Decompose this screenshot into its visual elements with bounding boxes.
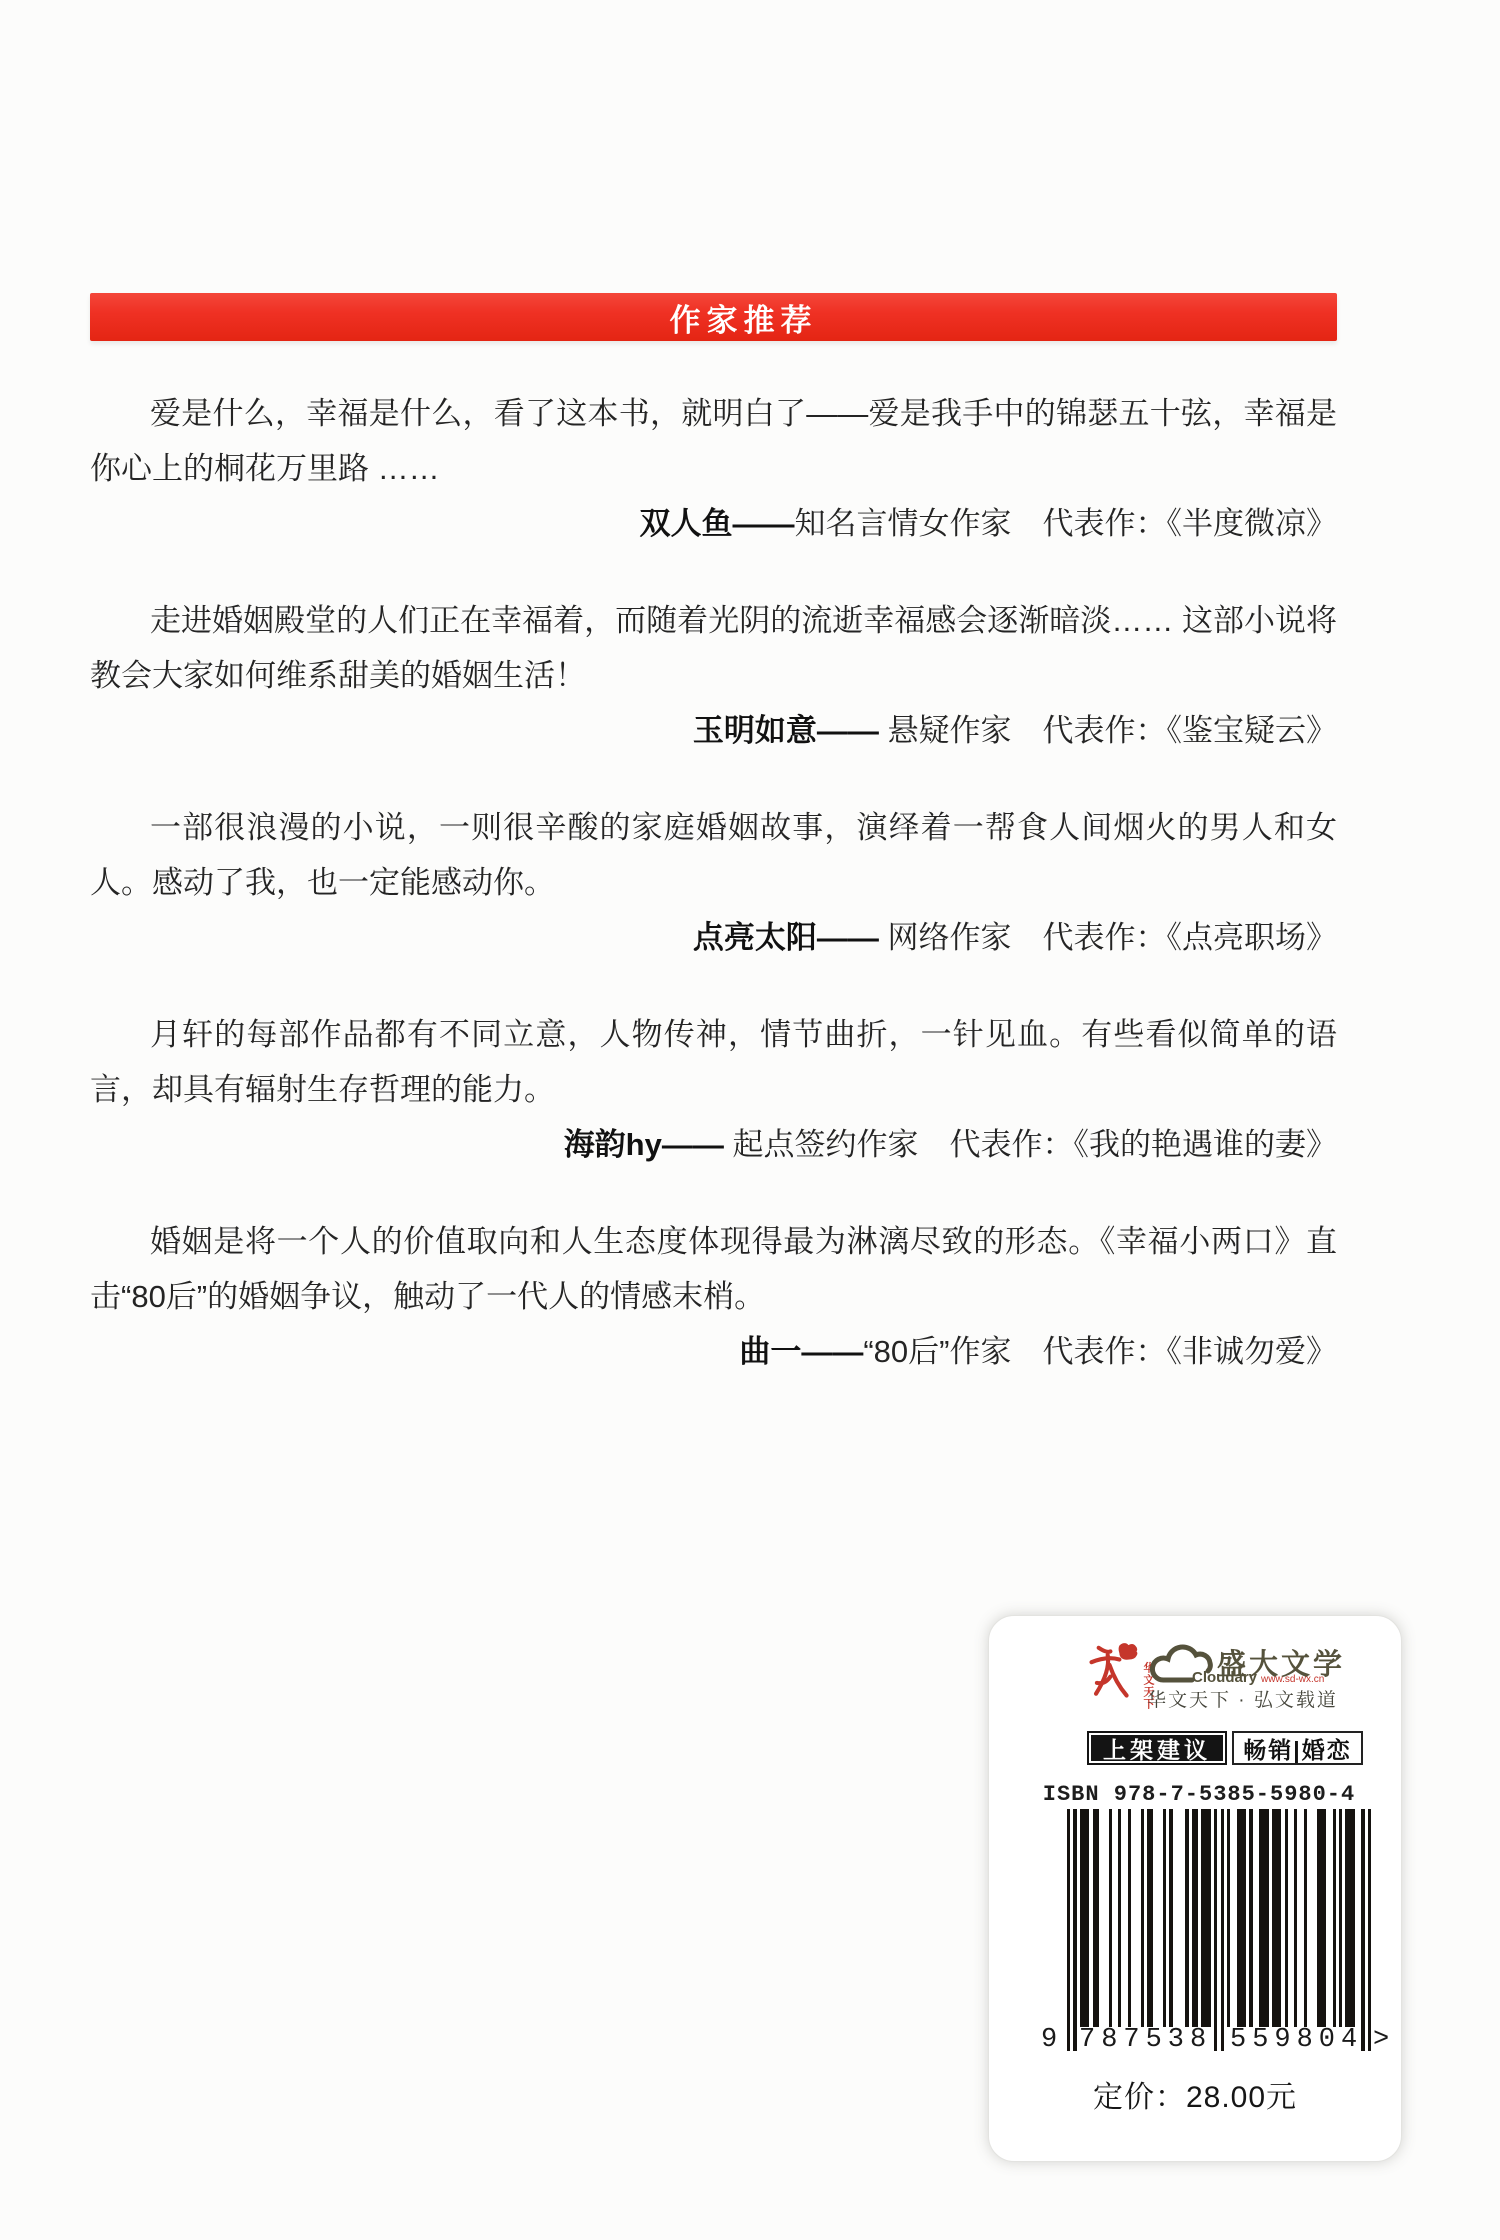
author-name: 曲一—— — [739, 1334, 863, 1369]
author-credit: 起点签约作家 代表作：《我的艳遇谁的妻》 — [724, 1127, 1337, 1162]
huawen-tianxia-logo-icon — [1087, 1640, 1141, 1706]
shelf-advice-box: 上架建议 — [1087, 1731, 1227, 1765]
author-credit: 知名言情女作家 代表作：《半度微凉》 — [795, 506, 1338, 541]
barcode-tail-mark: > — [1373, 2025, 1389, 2055]
barcode-left-digits: 787538 — [1079, 2025, 1212, 2055]
author-credit: “80后”作家 代表作：《非诚勿爱》 — [863, 1334, 1337, 1369]
publisher-tagline: 华文天下 · 弘文载道 — [1147, 1685, 1338, 1712]
quote-line: 走进婚姻殿堂的人们正在幸福着，而随着光阴的流逝幸福感会逐渐暗淡…… 这部小说将 — [90, 593, 1337, 648]
quote-line: 你心上的桐花万里路 …… — [90, 441, 1337, 496]
recommendation-quote: 一部很浪漫的小说，一则很辛酸的家庭婚姻故事，演绎着一帮食人间烟火的男人和女 人。… — [90, 800, 1337, 965]
ean13-barcode: 9 787538 559804 > — [1067, 1809, 1371, 2059]
section-banner: 作家推荐 — [90, 293, 1337, 341]
cloudary-wordmark: Cloudary — [1192, 1669, 1257, 1686]
author-name: 玉明如意—— — [693, 713, 879, 748]
quote-line: 击“80后”的婚姻争议，触动了一代人的情感末梢。 — [90, 1269, 1337, 1324]
banner-title: 作家推荐 — [670, 295, 818, 340]
quote-line: 婚姻是将一个人的价值取向和人生态度体现得最为淋漓尽致的形态。《幸福小两口》直 — [90, 1214, 1337, 1269]
author-name: 点亮太阳—— — [693, 920, 879, 955]
recommendation-quote: 走进婚姻殿堂的人们正在幸福着，而随着光阴的流逝幸福感会逐渐暗淡…… 这部小说将 … — [90, 593, 1337, 758]
recommendation-quote: 爱是什么，幸福是什么，看了这本书，就明白了——爱是我手中的锦瑟五十弦，幸福是 你… — [90, 386, 1337, 551]
price-text: 定价：28.00元 — [989, 2072, 1401, 2116]
cloudary-url: www.sd-wx.cn — [1261, 1674, 1324, 1685]
recommendation-attribution: 海韵hy—— 起点签约作家 代表作：《我的艳遇谁的妻》 — [90, 1117, 1337, 1172]
quote-line: 一部很浪漫的小说，一则很辛酸的家庭婚姻故事，演绎着一帮食人间烟火的男人和女 — [90, 800, 1337, 855]
quote-line: 爱是什么，幸福是什么，看了这本书，就明白了——爱是我手中的锦瑟五十弦，幸福是 — [90, 386, 1337, 441]
author-credit: 网络作家 代表作：《点亮职场》 — [879, 920, 1337, 955]
back-cover-content: 作家推荐 爱是什么，幸福是什么，看了这本书，就明白了——爱是我手中的锦瑟五十弦，… — [90, 293, 1337, 1421]
colophon-card: 华文天下 盛大文学 Cloudary www.sd-wx.cn 华文天下 · 弘… — [988, 1615, 1402, 2162]
quote-line: 月轩的每部作品都有不同立意，人物传神，情节曲折，一针见血。有些看似简单的语 — [90, 1007, 1337, 1062]
recommendation-list: 爱是什么，幸福是什么，看了这本书，就明白了——爱是我手中的锦瑟五十弦，幸福是 你… — [90, 386, 1337, 1379]
quote-line: 人。感动了我，也一定能感动你。 — [90, 855, 1337, 910]
author-credit: 悬疑作家 代表作：《鉴宝疑云》 — [879, 713, 1337, 748]
recommendation-attribution: 玉明如意—— 悬疑作家 代表作：《鉴宝疑云》 — [90, 703, 1337, 758]
author-name: 双人鱼—— — [640, 506, 795, 541]
recommendation-attribution: 点亮太阳—— 网络作家 代表作：《点亮职场》 — [90, 910, 1337, 965]
isbn-text: ISBN 978-7-5385-5980-4 — [1029, 1782, 1369, 1807]
recommendation-quote: 婚姻是将一个人的价值取向和人生态度体现得最为淋漓尽致的形态。《幸福小两口》直 击… — [90, 1214, 1337, 1379]
recommendation-attribution: 双人鱼——知名言情女作家 代表作：《半度微凉》 — [90, 496, 1337, 551]
recommendation-attribution: 曲一——“80后”作家 代表作：《非诚勿爱》 — [90, 1324, 1337, 1379]
author-name: 海韵hy—— — [564, 1127, 724, 1162]
shelf-category-box: 畅销|婚恋 — [1232, 1731, 1363, 1765]
barcode-right-digits: 559804 — [1230, 2025, 1363, 2055]
quote-line: 教会大家如何维系甜美的婚姻生活！ — [90, 648, 1337, 703]
barcode-lead-digit: 9 — [1041, 2025, 1057, 2055]
quote-line: 言，却具有辐射生存哲理的能力。 — [90, 1062, 1337, 1117]
recommendation-quote: 月轩的每部作品都有不同立意，人物传神，情节曲折，一针见血。有些看似简单的语 言，… — [90, 1007, 1337, 1172]
